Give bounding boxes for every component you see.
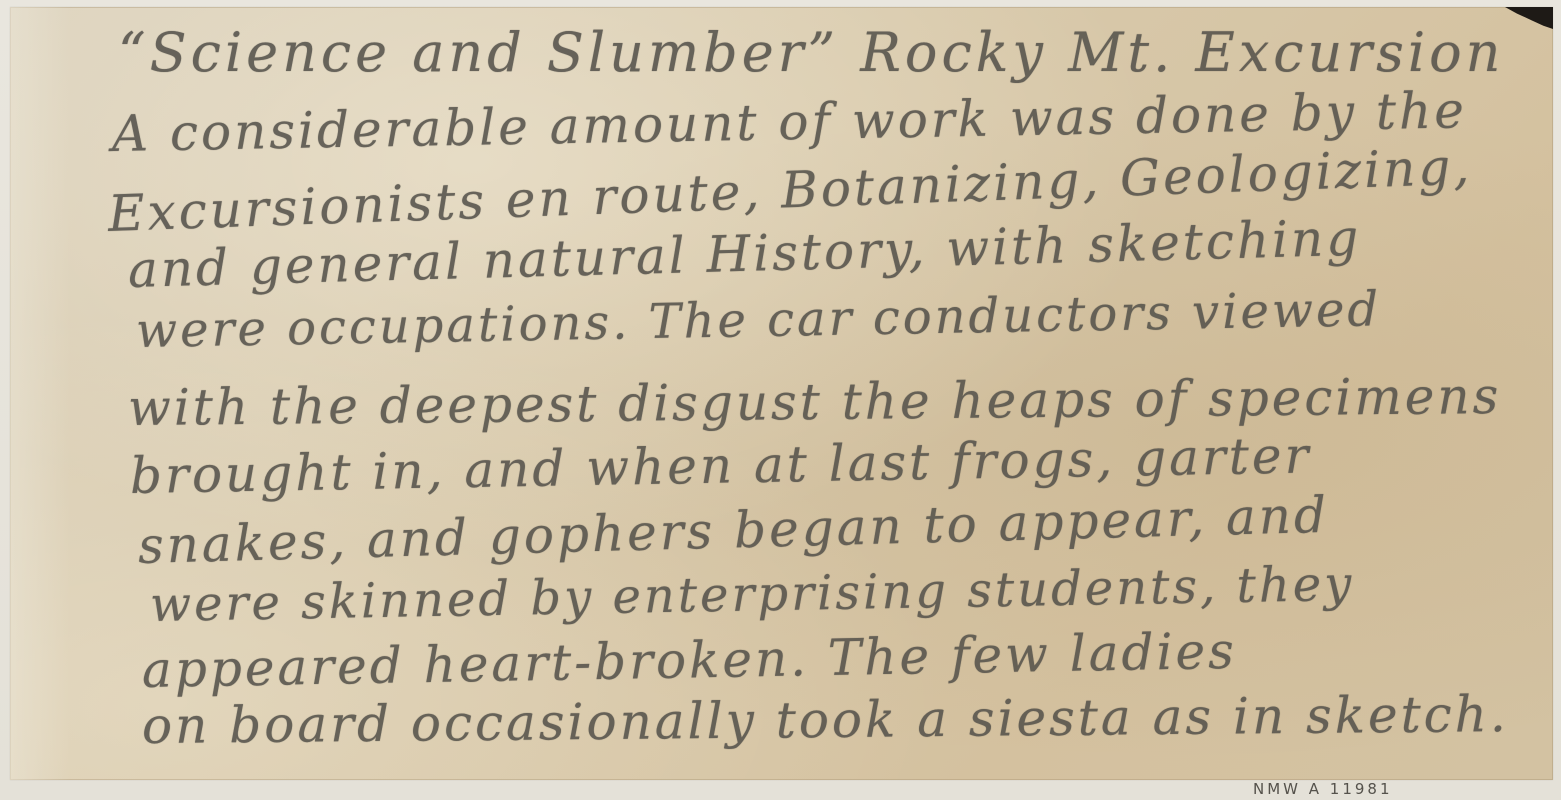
- manuscript-line-1: “Science and Slumber” Rocky Mt. Excursio…: [118, 21, 1504, 84]
- manuscript-paper: “Science and Slumber” Rocky Mt. Excursio…: [10, 7, 1553, 780]
- handwritten-text: “Science and Slumber” Rocky Mt. Excursio…: [10, 7, 1553, 780]
- manuscript-line-10: appeared heart-broken. The few ladies: [141, 622, 1237, 699]
- catalog-number-label: NMW A 11981: [1253, 780, 1393, 798]
- mount-board: “Science and Slumber” Rocky Mt. Excursio…: [0, 0, 1561, 800]
- manuscript-line-11: on board occasionally took a siesta as i…: [142, 685, 1509, 755]
